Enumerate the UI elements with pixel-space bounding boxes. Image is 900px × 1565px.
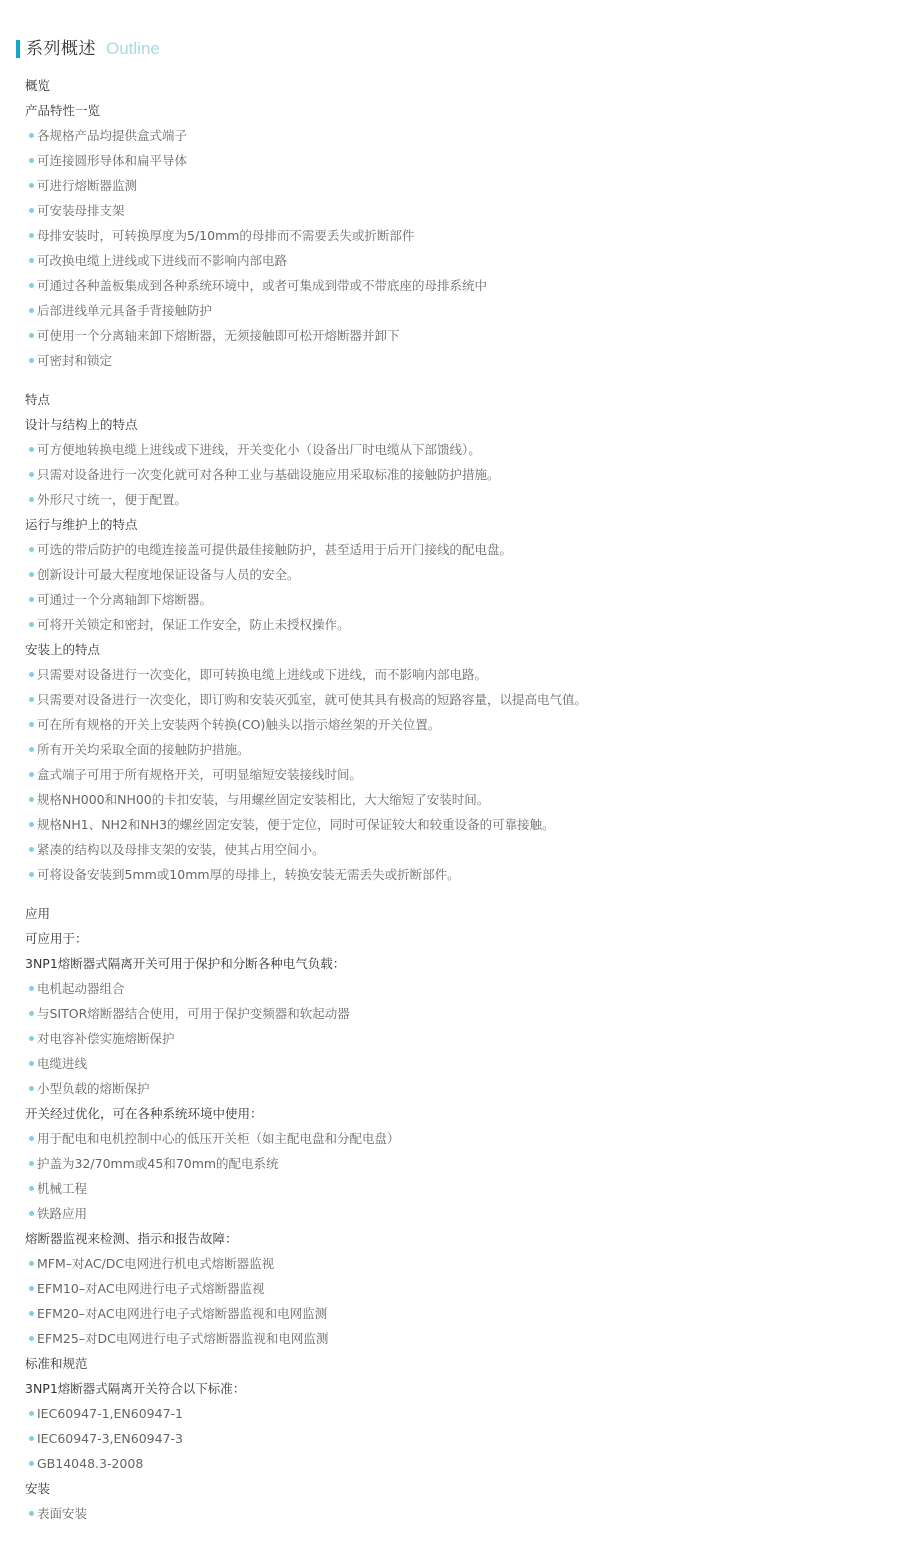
subheading: 应用	[25, 901, 885, 926]
bullet-dot-icon	[29, 308, 34, 313]
bullet-dot-icon	[29, 1036, 34, 1041]
bullet-dot-icon	[29, 597, 34, 602]
bullet-dot-icon	[29, 1411, 34, 1416]
section-title: 系列概述 Outline	[16, 38, 160, 60]
bullet-dot-icon	[29, 472, 34, 477]
bullet-text: 可在所有规格的开关上安装两个转换(CO)触头以指示熔丝架的开关位置。	[37, 717, 440, 732]
bullet-text: 可进行熔断器监测	[37, 178, 137, 193]
bullet-text: 对电容补偿实施熔断保护	[37, 1031, 175, 1046]
bullet-text: EFM10–对AC电网进行电子式熔断器监视	[37, 1281, 265, 1296]
bullet-list-item: EFM10–对AC电网进行电子式熔断器监视	[25, 1276, 885, 1301]
bullet-list-item: 可将开关锁定和密封，保证工作安全，防止未授权操作。	[25, 612, 885, 637]
bullet-list-item: 所有开关均采取全面的接触防护措施。	[25, 737, 885, 762]
bullet-text: IEC60947-3,EN60947-3	[37, 1431, 183, 1446]
bullet-text: 只需要对设备进行一次变化，即订购和安装灭弧室，就可使其具有极高的短路容量，以提高…	[37, 692, 587, 707]
subheading: 开关经过优化，可在各种系统环境中使用：	[25, 1101, 885, 1126]
subheading: 安装	[25, 1476, 885, 1501]
bullet-text: MFM–对AC/DC电网进行机电式熔断器监视	[37, 1256, 274, 1271]
bullet-dot-icon	[29, 1186, 34, 1191]
title-accent-bar	[16, 40, 20, 58]
bullet-text: 可安装母排支架	[37, 203, 125, 218]
bullet-list-item: 只需要对设备进行一次变化，即可转换电缆上进线或下进线，而不影响内部电路。	[25, 662, 885, 687]
bullet-list-item: 可改换电缆上进线或下进线而不影响内部电路	[25, 248, 885, 273]
bullet-dot-icon	[29, 872, 34, 877]
bullet-list-item: EFM25–对DC电网进行电子式熔断器监视和电网监测	[25, 1326, 885, 1351]
bullet-text: 紧凑的结构以及母排支架的安装，使其占用空间小。	[37, 842, 325, 857]
bullet-list-item: 可密封和锁定	[25, 348, 885, 373]
bullet-dot-icon	[29, 697, 34, 702]
bullet-text: 小型负载的熔断保护	[37, 1081, 150, 1096]
title-chinese: 系列概述	[26, 38, 96, 60]
subheading: 3NP1熔断器式隔离开关可用于保护和分断各种电气负载：	[25, 951, 885, 976]
bullet-text: EFM20–对AC电网进行电子式熔断器监视和电网监测	[37, 1306, 327, 1321]
bullet-text: 只需要对设备进行一次变化，即可转换电缆上进线或下进线，而不影响内部电路。	[37, 667, 487, 682]
bullet-list-item: 可进行熔断器监测	[25, 173, 885, 198]
bullet-dot-icon	[29, 158, 34, 163]
bullet-text: 各规格产品均提供盒式端子	[37, 128, 187, 143]
bullet-dot-icon	[29, 1461, 34, 1466]
outline-content: 概览产品特性一览各规格产品均提供盒式端子可连接圆形导体和扁平导体可进行熔断器监测…	[25, 73, 885, 1540]
bullet-list-item: 铁路应用	[25, 1201, 885, 1226]
bullet-dot-icon	[29, 447, 34, 452]
bullet-text: 可选的带后防护的电缆连接盖可提供最佳接触防护，甚至适用于后开门接线的配电盘。	[37, 542, 512, 557]
subheading: 产品特性一览	[25, 98, 885, 123]
bullet-dot-icon	[29, 283, 34, 288]
bullet-list-item: 护盖为32/70mm或45和70mm的配电系统	[25, 1151, 885, 1176]
bullet-dot-icon	[29, 572, 34, 577]
bullet-dot-icon	[29, 1211, 34, 1216]
bullet-dot-icon	[29, 233, 34, 238]
bullet-dot-icon	[29, 1136, 34, 1141]
bullet-dot-icon	[29, 358, 34, 363]
bullet-text: GB14048.3-2008	[37, 1456, 143, 1471]
bullet-dot-icon	[29, 1261, 34, 1266]
bullet-list-item: 规格NH1、NH2和NH3的螺丝固定安装，便于定位，同时可保证较大和较重设备的可…	[25, 812, 885, 837]
subheading: 熔断器监视来检测、指示和报告故障：	[25, 1226, 885, 1251]
subheading: 特点	[25, 387, 885, 412]
bullet-list-item: 可连接圆形导体和扁平导体	[25, 148, 885, 173]
bullet-dot-icon	[29, 208, 34, 213]
bullet-list-item: 可选的带后防护的电缆连接盖可提供最佳接触防护，甚至适用于后开门接线的配电盘。	[25, 537, 885, 562]
bullet-text: 机械工程	[37, 1181, 87, 1196]
bullet-dot-icon	[29, 1311, 34, 1316]
bullet-text: 只需对设备进行一次变化就可对各种工业与基础设施应用采取标准的接触防护措施。	[37, 467, 500, 482]
bullet-dot-icon	[29, 722, 34, 727]
bullet-dot-icon	[29, 1511, 34, 1516]
bullet-text: 可改换电缆上进线或下进线而不影响内部电路	[37, 253, 287, 268]
bullet-text: 规格NH000和NH00的卡扣安装，与用螺丝固定安装相比，大大缩短了安装时间。	[37, 792, 489, 807]
bullet-list-item: 电机起动器组合	[25, 976, 885, 1001]
bullet-dot-icon	[29, 547, 34, 552]
bullet-text: 母排安装时，可转换厚度为5/10mm的母排而不需要丢失或折断部件	[37, 228, 414, 243]
bullet-dot-icon	[29, 822, 34, 827]
bullet-list-item: 创新设计可最大程度地保证设备与人员的安全。	[25, 562, 885, 587]
bullet-list-item: 紧凑的结构以及母排支架的安装，使其占用空间小。	[25, 837, 885, 862]
bullet-text: 外形尺寸统一，便于配置。	[37, 492, 187, 507]
bullet-text: 可连接圆形导体和扁平导体	[37, 153, 187, 168]
bullet-dot-icon	[29, 847, 34, 852]
bullet-text: 与SITOR熔断器结合使用，可用于保护变频器和软起动器	[37, 1006, 350, 1021]
bullet-dot-icon	[29, 1061, 34, 1066]
bullet-list-item: 母排安装时，可转换厚度为5/10mm的母排而不需要丢失或折断部件	[25, 223, 885, 248]
bullet-dot-icon	[29, 258, 34, 263]
bullet-list-item: 小型负载的熔断保护	[25, 1076, 885, 1101]
bullet-text: 可将设备安装到5mm或10mm厚的母排上，转换安装无需丢失或折断部件。	[37, 867, 460, 882]
bullet-text: 用于配电和电机控制中心的低压开关柜（如主配电盘和分配电盘）	[37, 1131, 400, 1146]
bullet-dot-icon	[29, 1336, 34, 1341]
content-section: 概览产品特性一览各规格产品均提供盒式端子可连接圆形导体和扁平导体可进行熔断器监测…	[25, 73, 885, 373]
bullet-text: 铁路应用	[37, 1206, 87, 1221]
bullet-list-item: GB14048.3-2008	[25, 1451, 885, 1476]
subheading: 设计与结构上的特点	[25, 412, 885, 437]
bullet-list-item: 用于配电和电机控制中心的低压开关柜（如主配电盘和分配电盘）	[25, 1126, 885, 1151]
bullet-dot-icon	[29, 1011, 34, 1016]
subheading: 运行与维护上的特点	[25, 512, 885, 537]
bullet-text: 护盖为32/70mm或45和70mm的配电系统	[37, 1156, 279, 1171]
bullet-list-item: 可在所有规格的开关上安装两个转换(CO)触头以指示熔丝架的开关位置。	[25, 712, 885, 737]
bullet-text: 盒式端子可用于所有规格开关，可明显缩短安装接线时间。	[37, 767, 362, 782]
bullet-dot-icon	[29, 497, 34, 502]
content-section: 应用可应用于：3NP1熔断器式隔离开关可用于保护和分断各种电气负载：电机起动器组…	[25, 901, 885, 1526]
bullet-dot-icon	[29, 986, 34, 991]
bullet-list-item: 可安装母排支架	[25, 198, 885, 223]
title-english: Outline	[106, 38, 160, 60]
bullet-list-item: 对电容补偿实施熔断保护	[25, 1026, 885, 1051]
bullet-text: 可通过各种盖板集成到各种系统环境中，或者可集成到带或不带底座的母排系统中	[37, 278, 487, 293]
bullet-text: 后部进线单元具备手背接触防护	[37, 303, 212, 318]
bullet-text: 电机起动器组合	[37, 981, 125, 996]
bullet-text: 规格NH1、NH2和NH3的螺丝固定安装，便于定位，同时可保证较大和较重设备的可…	[37, 817, 555, 832]
bullet-dot-icon	[29, 797, 34, 802]
bullet-list-item: IEC60947-3,EN60947-3	[25, 1426, 885, 1451]
bullet-list-item: 可使用一个分离轴来卸下熔断器，无须接触即可松开熔断器并卸下	[25, 323, 885, 348]
bullet-list-item: 只需对设备进行一次变化就可对各种工业与基础设施应用采取标准的接触防护措施。	[25, 462, 885, 487]
content-section: 特点设计与结构上的特点可方便地转换电缆上进线或下进线，开关变化小（设备出厂时电缆…	[25, 387, 885, 887]
bullet-list-item: 电缆进线	[25, 1051, 885, 1076]
subheading: 可应用于：	[25, 926, 885, 951]
bullet-list-item: 可通过一个分离轴卸下熔断器。	[25, 587, 885, 612]
bullet-dot-icon	[29, 333, 34, 338]
bullet-list-item: 可方便地转换电缆上进线或下进线，开关变化小（设备出厂时电缆从下部馈线）。	[25, 437, 885, 462]
bullet-dot-icon	[29, 1086, 34, 1091]
bullet-text: 电缆进线	[37, 1056, 87, 1071]
bullet-text: 可通过一个分离轴卸下熔断器。	[37, 592, 212, 607]
subheading: 3NP1熔断器式隔离开关符合以下标准：	[25, 1376, 885, 1401]
bullet-list-item: 只需要对设备进行一次变化，即订购和安装灭弧室，就可使其具有极高的短路容量，以提高…	[25, 687, 885, 712]
bullet-text: 表面安装	[37, 1506, 87, 1521]
bullet-list-item: 规格NH000和NH00的卡扣安装，与用螺丝固定安装相比，大大缩短了安装时间。	[25, 787, 885, 812]
subheading: 标准和规范	[25, 1351, 885, 1376]
bullet-list-item: EFM20–对AC电网进行电子式熔断器监视和电网监测	[25, 1301, 885, 1326]
bullet-text: EFM25–对DC电网进行电子式熔断器监视和电网监测	[37, 1331, 328, 1346]
subheading: 概览	[25, 73, 885, 98]
bullet-list-item: 盒式端子可用于所有规格开关，可明显缩短安装接线时间。	[25, 762, 885, 787]
bullet-text: 可密封和锁定	[37, 353, 112, 368]
bullet-dot-icon	[29, 772, 34, 777]
bullet-dot-icon	[29, 622, 34, 627]
bullet-list-item: 可将设备安装到5mm或10mm厚的母排上，转换安装无需丢失或折断部件。	[25, 862, 885, 887]
bullet-dot-icon	[29, 747, 34, 752]
bullet-list-item: 机械工程	[25, 1176, 885, 1201]
bullet-dot-icon	[29, 1436, 34, 1441]
bullet-list-item: IEC60947-1,EN60947-1	[25, 1401, 885, 1426]
bullet-text: IEC60947-1,EN60947-1	[37, 1406, 183, 1421]
bullet-list-item: 可通过各种盖板集成到各种系统环境中，或者可集成到带或不带底座的母排系统中	[25, 273, 885, 298]
bullet-text: 所有开关均采取全面的接触防护措施。	[37, 742, 250, 757]
bullet-text: 可将开关锁定和密封，保证工作安全，防止未授权操作。	[37, 617, 350, 632]
bullet-dot-icon	[29, 183, 34, 188]
bullet-dot-icon	[29, 1286, 34, 1291]
bullet-list-item: 与SITOR熔断器结合使用，可用于保护变频器和软起动器	[25, 1001, 885, 1026]
bullet-dot-icon	[29, 133, 34, 138]
bullet-dot-icon	[29, 1161, 34, 1166]
bullet-text: 可使用一个分离轴来卸下熔断器，无须接触即可松开熔断器并卸下	[37, 328, 400, 343]
bullet-list-item: 各规格产品均提供盒式端子	[25, 123, 885, 148]
bullet-text: 可方便地转换电缆上进线或下进线，开关变化小（设备出厂时电缆从下部馈线）。	[37, 442, 481, 457]
bullet-dot-icon	[29, 672, 34, 677]
bullet-list-item: MFM–对AC/DC电网进行机电式熔断器监视	[25, 1251, 885, 1276]
bullet-list-item: 表面安装	[25, 1501, 885, 1526]
bullet-text: 创新设计可最大程度地保证设备与人员的安全。	[37, 567, 300, 582]
bullet-list-item: 外形尺寸统一，便于配置。	[25, 487, 885, 512]
subheading: 安装上的特点	[25, 637, 885, 662]
bullet-list-item: 后部进线单元具备手背接触防护	[25, 298, 885, 323]
